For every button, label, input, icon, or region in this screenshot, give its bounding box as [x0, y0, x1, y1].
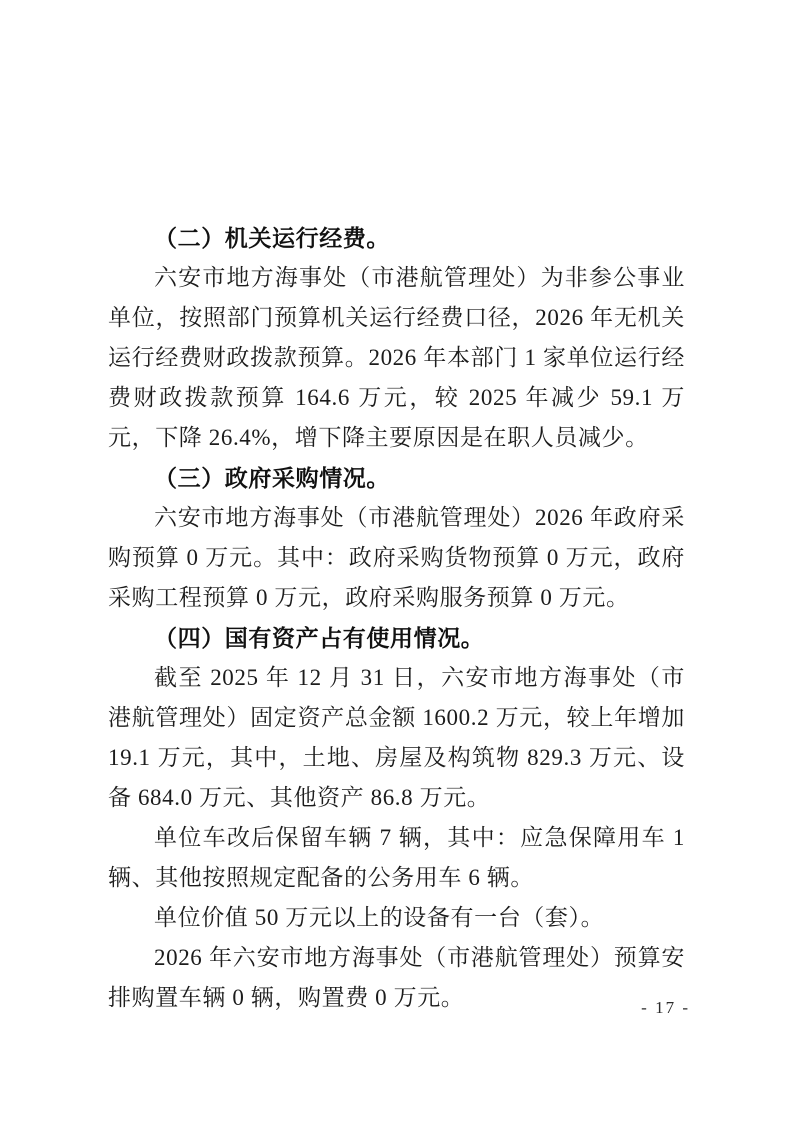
- section-paragraph: 单位价值 50 万元以上的设备有一台（套）。: [108, 898, 685, 938]
- section-state-owned-assets: （四）国有资产占有使用情况。 截至 2025 年 12 月 31 日，六安市地方…: [108, 618, 685, 1018]
- section-heading: （二）机关运行经费。: [108, 218, 685, 258]
- section-government-procurement: （三）政府采购情况。 六安市地方海事处（市港航管理处）2026 年政府采购预算 …: [108, 458, 685, 618]
- page-number: - 17 -: [641, 998, 690, 1018]
- section-heading: （四）国有资产占有使用情况。: [108, 618, 685, 658]
- section-paragraph: 六安市地方海事处（市港航管理处）为非参公事业单位，按照部门预算机关运行经费口径，…: [108, 258, 685, 458]
- document-body: （二）机关运行经费。 六安市地方海事处（市港航管理处）为非参公事业单位，按照部门…: [108, 218, 685, 1018]
- section-paragraph: 单位车改后保留车辆 7 辆，其中：应急保障用车 1 辆、其他按照规定配备的公务用…: [108, 818, 685, 898]
- section-agency-operating-expenses: （二）机关运行经费。 六安市地方海事处（市港航管理处）为非参公事业单位，按照部门…: [108, 218, 685, 458]
- section-heading: （三）政府采购情况。: [108, 458, 685, 498]
- document-page: （二）机关运行经费。 六安市地方海事处（市港航管理处）为非参公事业单位，按照部门…: [0, 0, 793, 1122]
- section-paragraph: 六安市地方海事处（市港航管理处）2026 年政府采购预算 0 万元。其中：政府采…: [108, 498, 685, 618]
- section-paragraph: 截至 2025 年 12 月 31 日，六安市地方海事处（市港航管理处）固定资产…: [108, 658, 685, 818]
- section-paragraph: 2026 年六安市地方海事处（市港航管理处）预算安排购置车辆 0 辆，购置费 0…: [108, 938, 685, 1018]
